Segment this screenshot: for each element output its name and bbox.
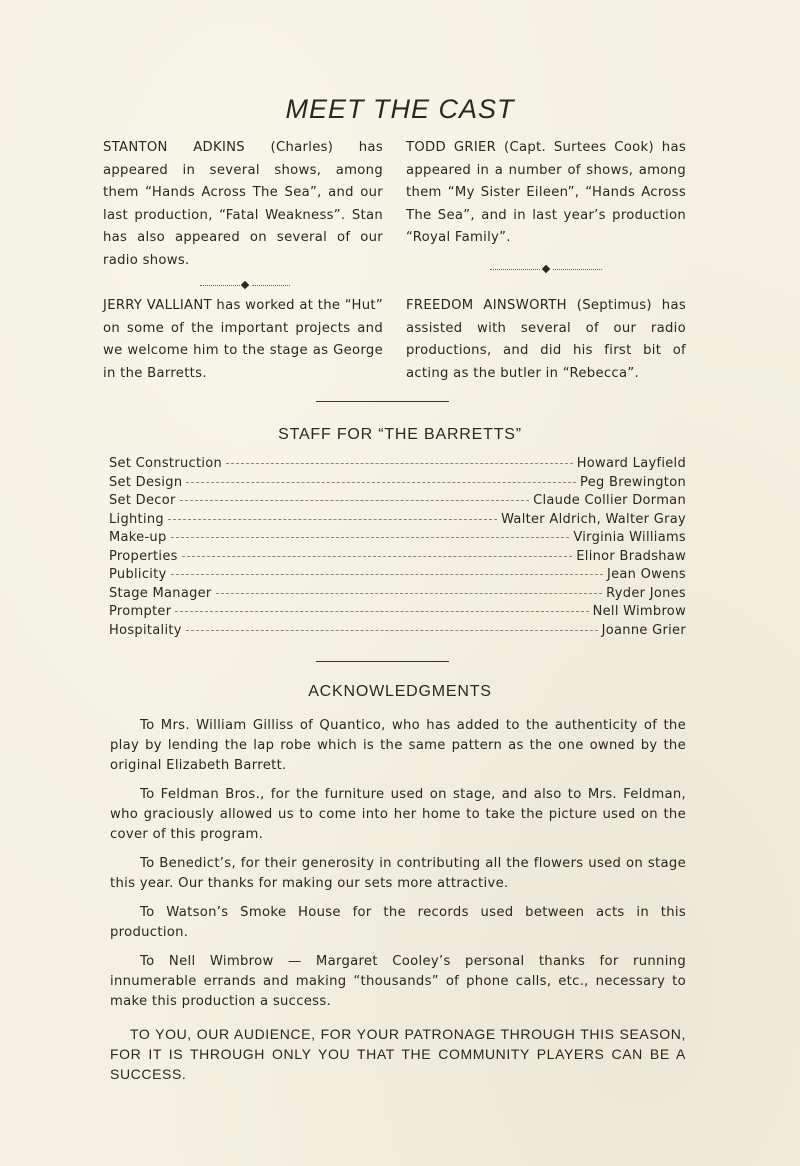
staff-name: Elinor Bradshaw [576, 549, 686, 564]
dot-leader [226, 463, 573, 464]
diamond-icon [241, 281, 249, 289]
audience-thanks: TO YOU, OUR AUDIENCE, FOR YOUR PATRONAGE… [110, 1024, 686, 1084]
staff-name: Ryder Jones [606, 586, 686, 601]
ornament-divider [200, 281, 290, 291]
dot-leader [168, 519, 497, 520]
staff-list: Set Construction Howard Layfield Set Des… [109, 456, 686, 641]
staff-name: Nell Wimbrow [593, 604, 686, 619]
staff-row: Publicity Jean Owens [109, 567, 686, 586]
dot-leader [216, 593, 603, 594]
page-title: MEET THE CAST [0, 94, 800, 125]
staff-role: Prompter [109, 604, 171, 619]
ornament-line [252, 285, 290, 286]
staff-name: Jean Owens [607, 567, 686, 582]
staff-row: Prompter Nell Wimbrow [109, 604, 686, 623]
staff-heading: STAFF FOR “THE BARRETTS” [0, 426, 800, 444]
acknowledgment-paragraph: To Benedict’s, for their generosity in c… [110, 854, 686, 894]
dot-leader [186, 482, 576, 483]
section-rule [316, 661, 449, 662]
acknowledgment-paragraph: To Watson’s Smoke House for the records … [110, 903, 686, 943]
dot-leader [182, 556, 573, 557]
staff-row: Stage Manager Ryder Jones [109, 586, 686, 605]
staff-role: Set Design [109, 475, 182, 490]
ornament-line [490, 269, 540, 270]
staff-role: Lighting [109, 512, 164, 527]
staff-row: Set Decor Claude Collier Dorman [109, 493, 686, 512]
section-rule [316, 401, 449, 402]
staff-role: Hospitality [109, 623, 182, 638]
staff-row: Properties Elinor Bradshaw [109, 549, 686, 568]
staff-role: Make-up [109, 530, 167, 545]
staff-name: Howard Layfield [577, 456, 686, 471]
dot-leader [175, 611, 588, 612]
staff-name: Walter Aldrich, Walter Gray [501, 512, 686, 527]
acknowledgment-paragraph: To Feldman Bros., for the furniture used… [110, 785, 686, 845]
staff-row: Lighting Walter Aldrich, Walter Gray [109, 512, 686, 531]
cast-bio-todd-grier: TODD GRIER (Capt. Surtees Cook) has appe… [406, 137, 686, 250]
staff-role: Publicity [109, 567, 167, 582]
acknowledgment-paragraph: To Mrs. William Gilliss of Quantico, who… [110, 716, 686, 776]
acknowledgments-body: To Mrs. William Gilliss of Quantico, who… [110, 716, 686, 1093]
cast-bio-stanton-adkins: STANTON ADKINS (Charles) has appeared in… [103, 137, 383, 272]
staff-role: Properties [109, 549, 178, 564]
dot-leader [171, 537, 570, 538]
staff-row: Hospitality Joanne Grier [109, 623, 686, 642]
staff-name: Virginia Williams [573, 530, 686, 545]
staff-row: Set Design Peg Brewington [109, 475, 686, 494]
ornament-line [200, 285, 240, 286]
staff-name: Joanne Grier [602, 623, 686, 638]
staff-name: Peg Brewington [580, 475, 686, 490]
program-page: MEET THE CAST STANTON ADKINS (Charles) h… [0, 0, 800, 1166]
staff-role: Set Construction [109, 456, 222, 471]
acknowledgments-heading: ACKNOWLEDGMENTS [0, 683, 800, 701]
staff-role: Stage Manager [109, 586, 212, 601]
staff-row: Set Construction Howard Layfield [109, 456, 686, 475]
ornament-divider [490, 265, 602, 275]
staff-row: Make-up Virginia Williams [109, 530, 686, 549]
ornament-line [553, 269, 602, 270]
dot-leader [171, 574, 603, 575]
cast-bio-jerry-valliant: JERRY VALLIANT has worked at the “Hut” o… [103, 295, 383, 385]
staff-role: Set Decor [109, 493, 176, 508]
cast-bio-freedom-ainsworth: FREEDOM AINSWORTH (Septimus) has assiste… [406, 295, 686, 385]
diamond-icon [542, 265, 550, 273]
dot-leader [186, 630, 598, 631]
staff-name: Claude Collier Dorman [533, 493, 686, 508]
acknowledgment-paragraph: To Nell Wimbrow — Margaret Cooley’s pers… [110, 952, 686, 1012]
dot-leader [180, 500, 529, 501]
